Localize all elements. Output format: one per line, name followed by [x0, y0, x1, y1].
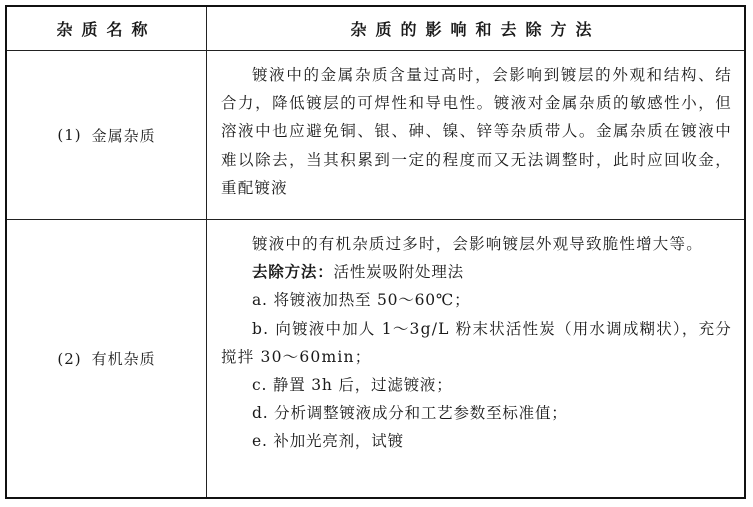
- row-2-name-cell: (2) 有机杂质: [7, 220, 206, 497]
- row-1-description-cell: 镀液中的金属杂质含量过高时，会影响到镀层的外观和结构、结合力，降低镀层的可焊性和…: [207, 51, 744, 219]
- impurity-table: 杂质名称 杂质的影响和去除方法 (1) 金属杂质 镀液中的金属杂质含量过高时，会…: [5, 5, 746, 499]
- step-a: a. 将镀液加热至 50～60℃；: [221, 286, 732, 314]
- removal-method-label: 去除方法：: [252, 262, 334, 281]
- row-1-description: 镀液中的金属杂质含量过高时，会影响到镀层的外观和结构、结合力，降低镀层的可焊性和…: [221, 61, 732, 202]
- row-2-number: (2): [57, 350, 81, 368]
- header-effect-and-removal: 杂质的影响和去除方法: [207, 7, 744, 50]
- removal-method: 去除方法：活性炭吸附处理法: [221, 258, 732, 286]
- step-c: c. 静置 3h 后，过滤镀液；: [221, 371, 732, 399]
- header-impurity-name: 杂质名称: [7, 7, 206, 50]
- row-2-description-cell: 镀液中的有机杂质过多时，会影响镀层外观导致脆性增大等。 去除方法：活性炭吸附处理…: [207, 220, 744, 497]
- step-d: d. 分析调整镀液成分和工艺参数至标准值；: [221, 399, 732, 427]
- row-2-name: 有机杂质: [92, 348, 156, 369]
- row-1-name: 金属杂质: [92, 125, 156, 146]
- row-1-name-cell: (1) 金属杂质: [7, 51, 206, 219]
- step-b: b. 向镀液中加人 1～3g/L 粉末状活性炭（用水调成糊状），充分搅拌 30～…: [221, 315, 732, 371]
- row-2-description: 镀液中的有机杂质过多时，会影响镀层外观导致脆性增大等。: [221, 230, 732, 258]
- row-1-number: (1): [57, 126, 81, 144]
- removal-method-name: 活性炭吸附处理法: [334, 263, 464, 281]
- step-e: e. 补加光亮剂，试镀: [221, 427, 732, 455]
